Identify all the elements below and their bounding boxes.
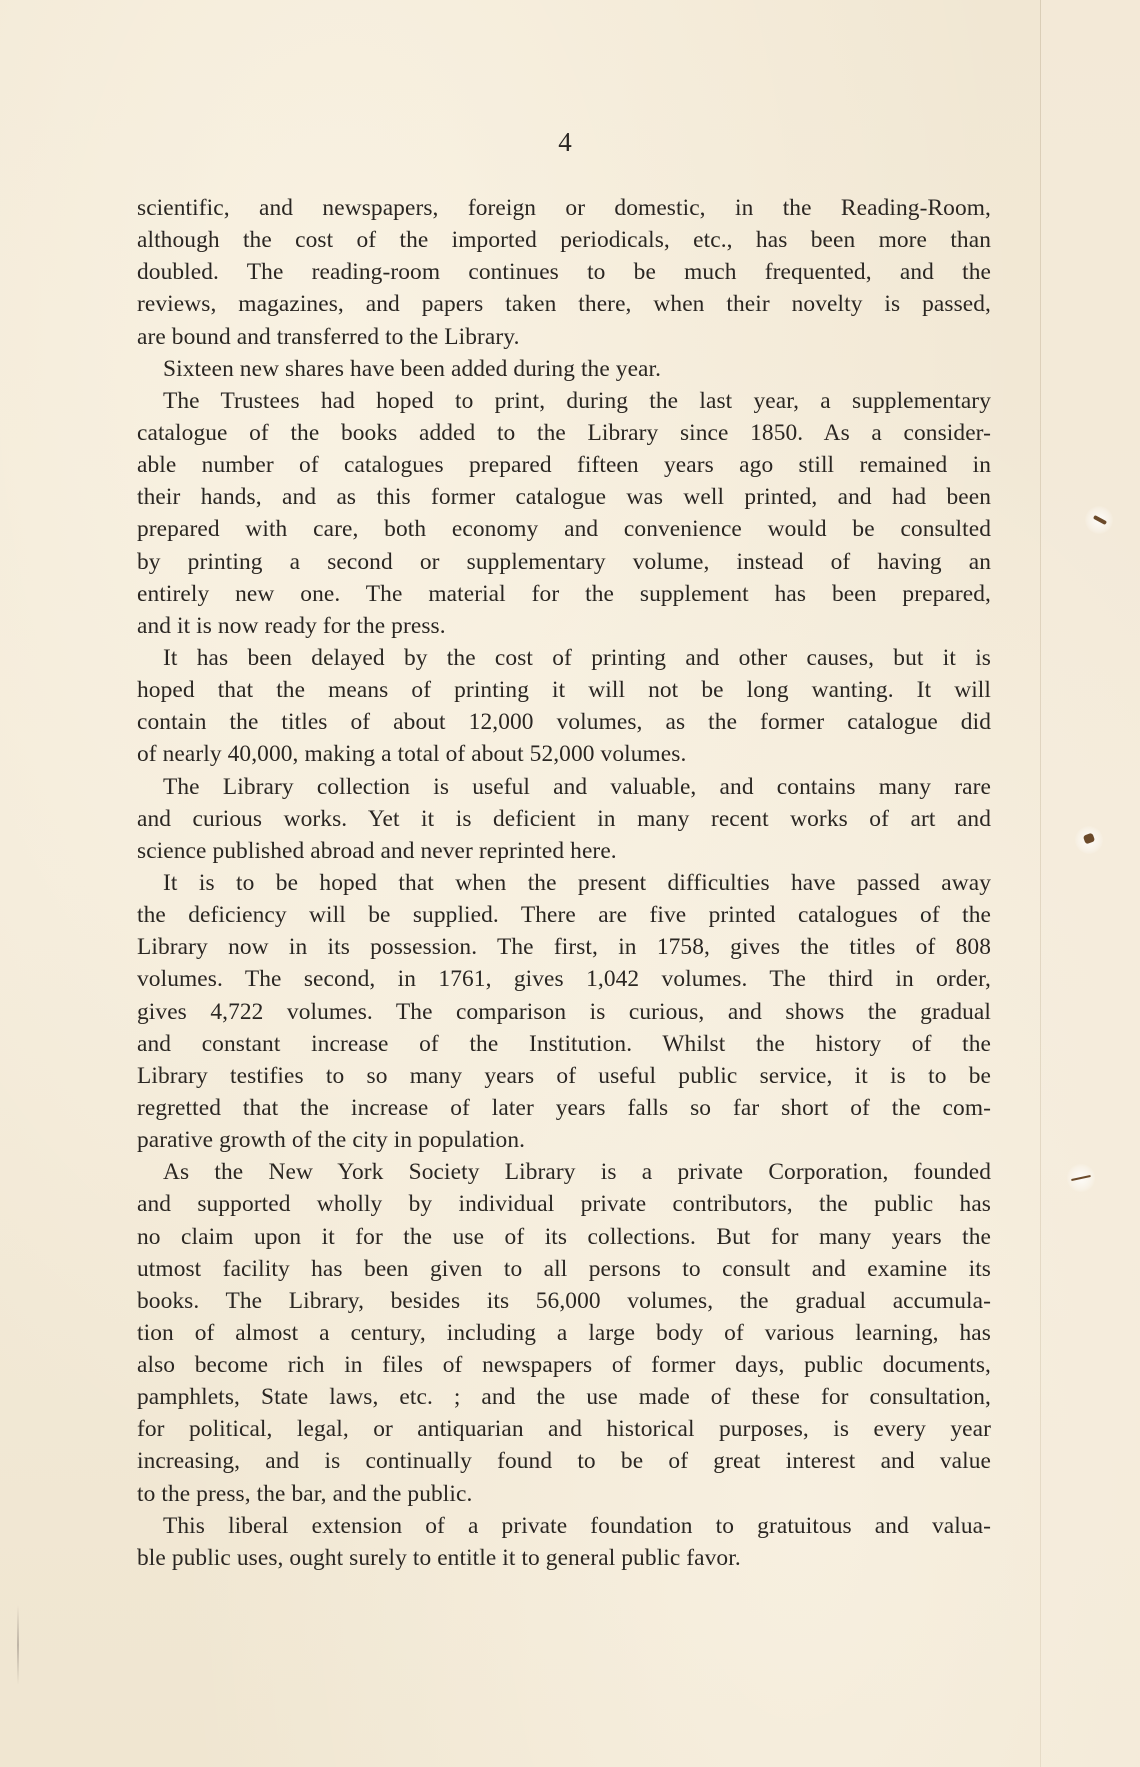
text-line: no claim upon it for the use of its coll… — [137, 1221, 991, 1253]
document-page: 4 scientific, and newspapers, foreign or… — [0, 0, 1140, 1767]
text-line: books. The Library, besides its 56,000 v… — [137, 1285, 991, 1317]
paragraph-first-line: This liberal extension of a private foun… — [137, 1510, 991, 1542]
text-line: increasing, and is continually found to … — [137, 1445, 991, 1477]
text-line: by printing a second or supplementary vo… — [137, 546, 991, 578]
text-line: the deficiency will be supplied. There a… — [137, 899, 991, 931]
text-line: reviews, magazines, and papers taken the… — [137, 288, 991, 320]
text-line: parative growth of the city in populatio… — [137, 1124, 991, 1156]
paragraph-first-line: The Trustees had hoped to print, during … — [137, 385, 991, 417]
tear-mark-icon — [1067, 1164, 1095, 1192]
fold-line — [1040, 0, 1041, 1767]
tear-mark-icon — [1085, 506, 1113, 534]
paragraph-first-line: Sixteen new shares have been added durin… — [137, 353, 991, 385]
text-line: also become rich in files of newspapers … — [137, 1349, 991, 1381]
text-line: volumes. The second, in 1761, gives 1,04… — [137, 963, 991, 995]
text-line: contain the titles of about 12,000 volum… — [137, 706, 991, 738]
paragraph-first-line: As the New York Society Library is a pri… — [137, 1156, 991, 1188]
tear-mark-icon — [1075, 826, 1103, 854]
body-text: scientific, and newspapers, foreign or d… — [137, 192, 991, 1574]
page-edge-strip — [1041, 0, 1140, 1767]
text-line: utmost facility has been given to all pe… — [137, 1253, 991, 1285]
text-line: and supported wholly by individual priva… — [137, 1188, 991, 1220]
pencil-mark — [17, 1605, 19, 1685]
text-line: their hands, and as this former catalogu… — [137, 481, 991, 513]
text-line: prepared with care, both economy and con… — [137, 513, 991, 545]
text-line: hoped that the means of printing it will… — [137, 674, 991, 706]
paragraph-first-line: The Library collection is useful and val… — [137, 771, 991, 803]
text-line: able number of catalogues prepared fifte… — [137, 449, 991, 481]
text-line: and constant increase of the Institution… — [137, 1028, 991, 1060]
text-line: ble public uses, ought surely to entitle… — [137, 1542, 991, 1574]
text-line: to the press, the bar, and the public. — [137, 1478, 991, 1510]
text-line: Library now in its possession. The first… — [137, 931, 991, 963]
text-line: and it is now ready for the press. — [137, 610, 991, 642]
text-line: although the cost of the imported period… — [137, 224, 991, 256]
text-line: Library testifies to so many years of us… — [137, 1060, 991, 1092]
text-line: tion of almost a century, including a la… — [137, 1317, 991, 1349]
text-line: pamphlets, State laws, etc. ; and the us… — [137, 1381, 991, 1413]
text-line: regretted that the increase of later yea… — [137, 1092, 991, 1124]
text-line: and curious works. Yet it is deficient i… — [137, 803, 991, 835]
paragraph-first-line: It is to be hoped that when the present … — [137, 867, 991, 899]
text-line: entirely new one. The material for the s… — [137, 578, 991, 610]
text-line: are bound and transferred to the Library… — [137, 321, 991, 353]
text-line: gives 4,722 volumes. The comparison is c… — [137, 996, 991, 1028]
text-line: of nearly 40,000, making a total of abou… — [137, 738, 991, 770]
paragraph-first-line: It has been delayed by the cost of print… — [137, 642, 991, 674]
text-line: for political, legal, or antiquarian and… — [137, 1413, 991, 1445]
text-line: scientific, and newspapers, foreign or d… — [137, 192, 991, 224]
text-line: catalogue of the books added to the Libr… — [137, 417, 991, 449]
page-number: 4 — [0, 126, 1130, 158]
text-line: doubled. The reading-room continues to b… — [137, 256, 991, 288]
text-line: science published abroad and never repri… — [137, 835, 991, 867]
